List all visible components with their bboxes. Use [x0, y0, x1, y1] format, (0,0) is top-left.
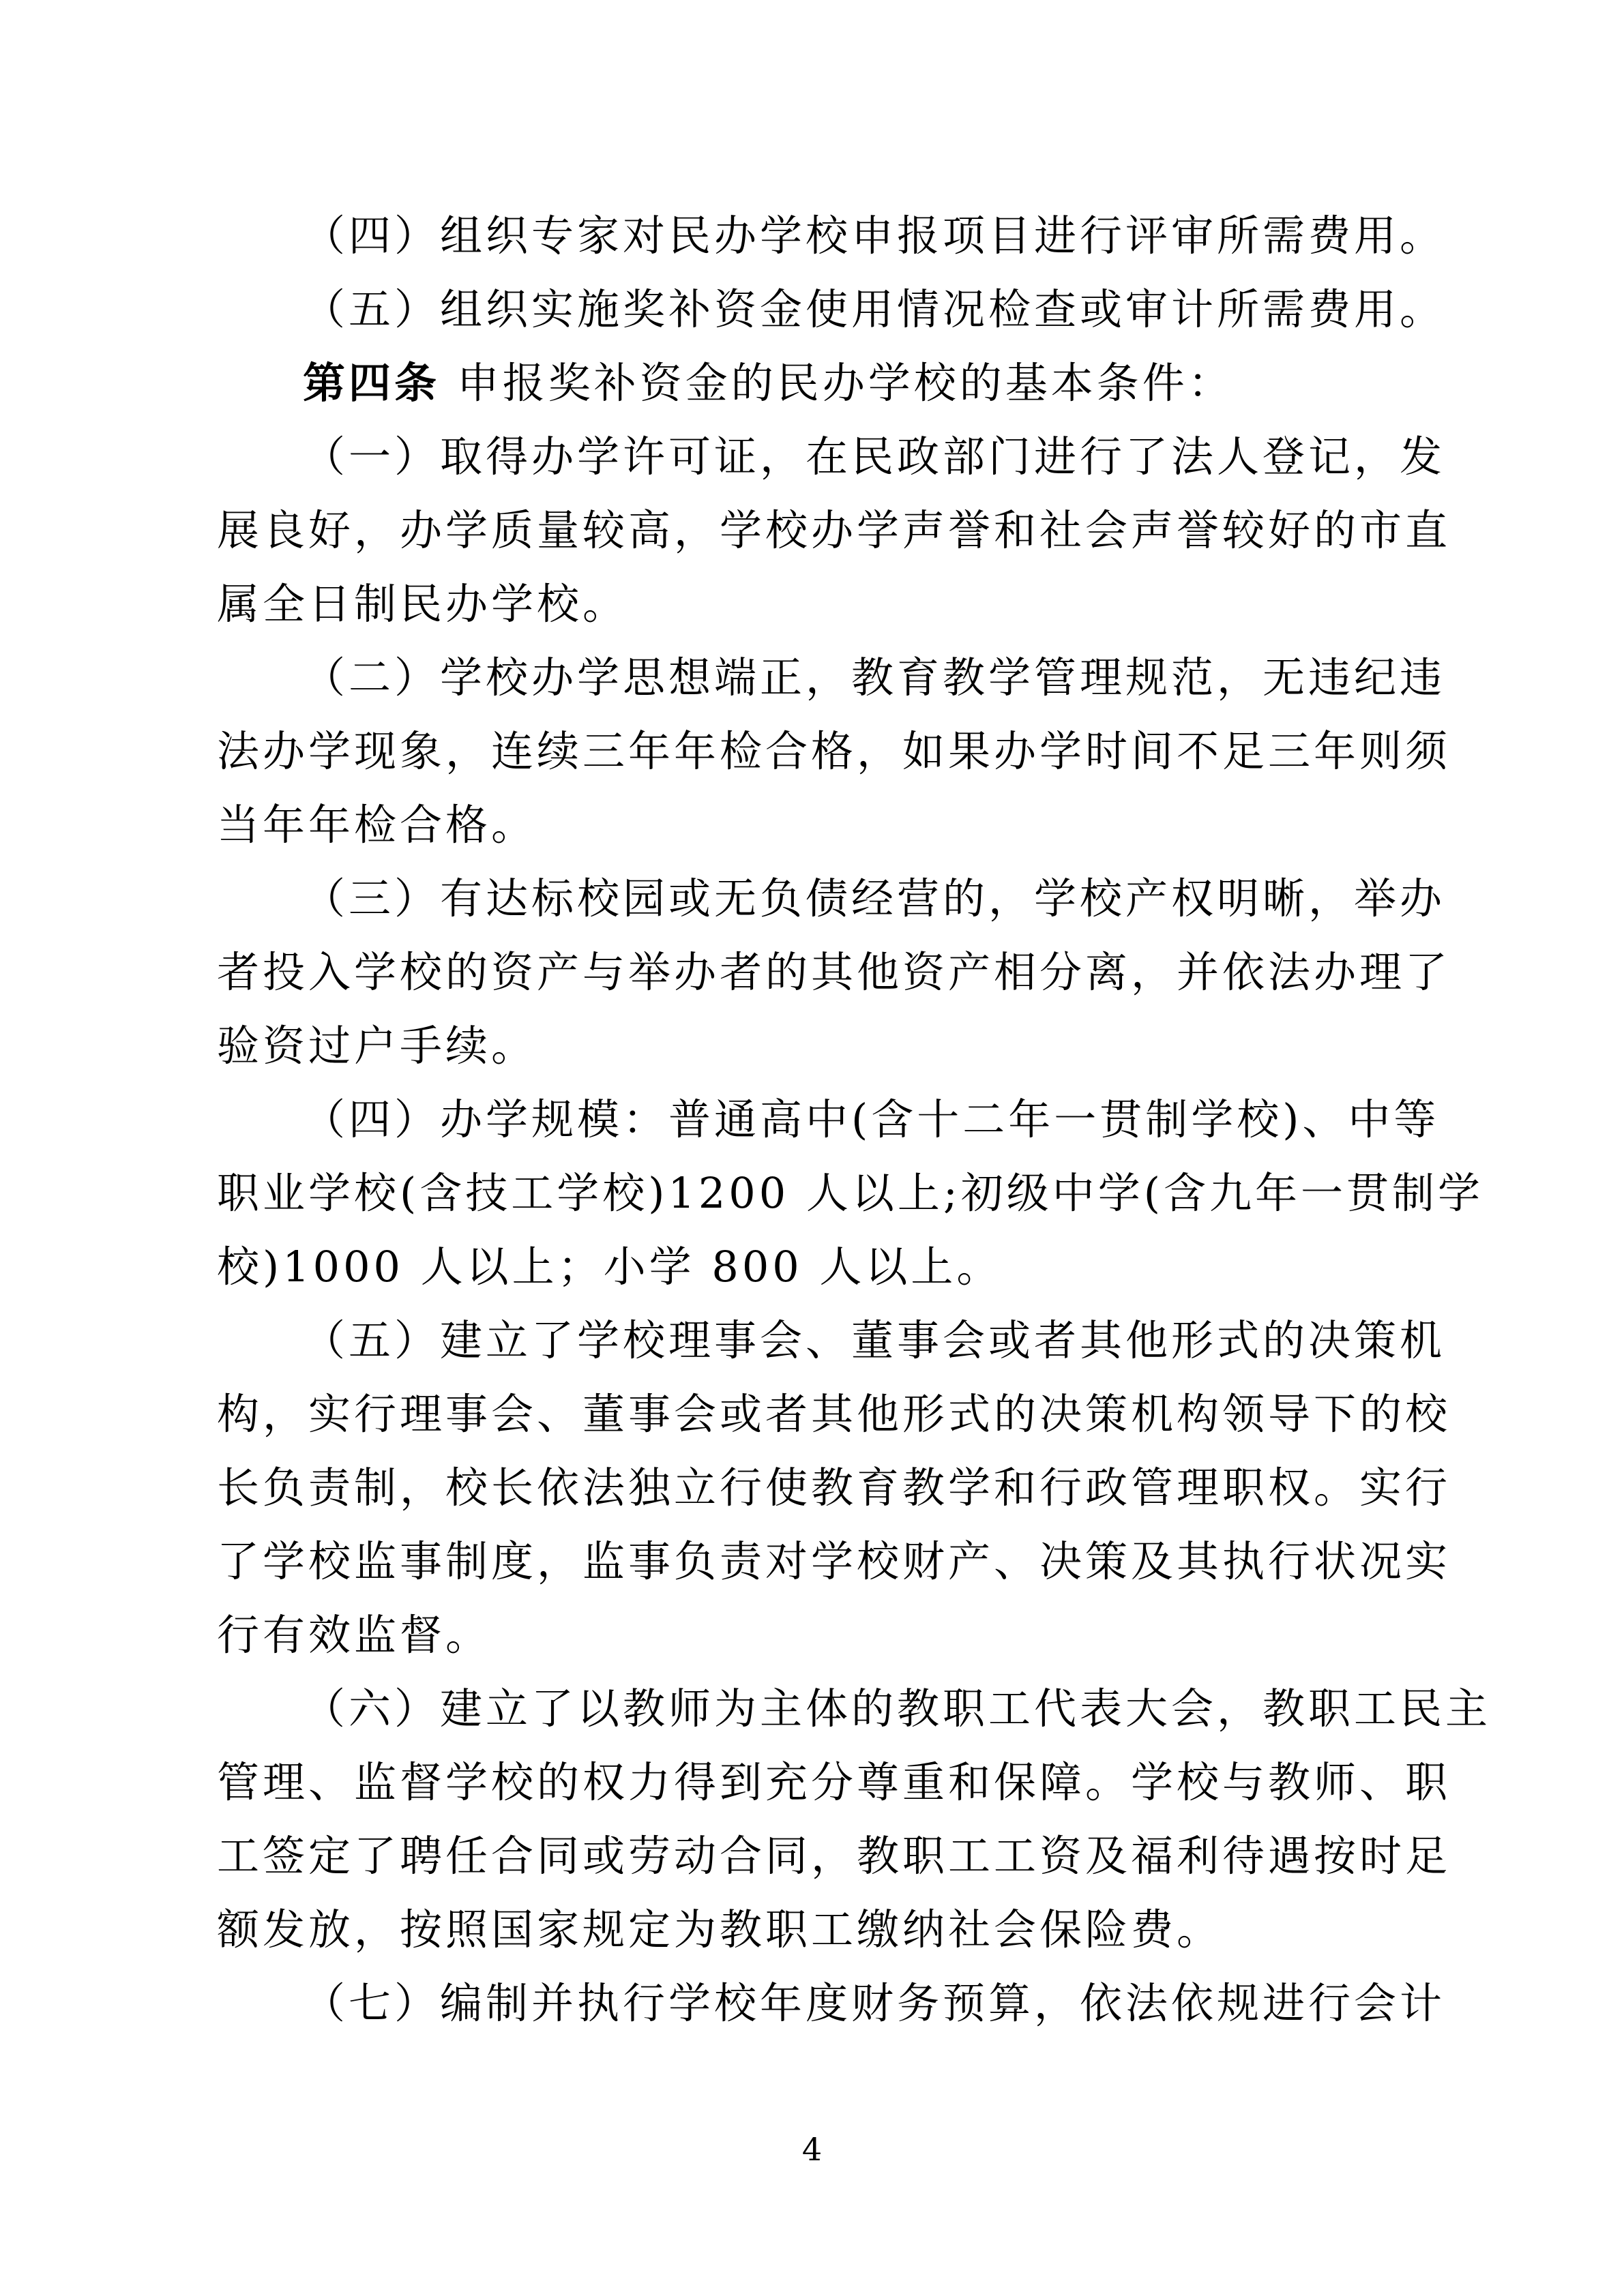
body-text: 者投入学校的资产与举办者的其他资产相分离，并依法办理了 — [217, 947, 1451, 997]
text-line: （五）建立了学校理事会、董事会或者其他形式的决策机 — [217, 1304, 1400, 1377]
body-text: 额发放，按照国家规定为教职工缴纳社会保险费。 — [217, 1905, 1222, 1954]
body-text: （五）建立了学校理事会、董事会或者其他形式的决策机 — [303, 1315, 1445, 1365]
text-line: 第四条 申报奖补资金的民办学校的基本条件： — [217, 346, 1400, 420]
body-text: （六）建立了以教师为主体的教职工代表大会，教职工民主 — [303, 1684, 1491, 1733]
body-text: （二）学校办学思想端正，教育教学管理规范，无违纪违 — [303, 653, 1445, 702]
text-line: 职业学校(含技工学校)1200 人以上;初级中学(含九年一贯制学 — [217, 1157, 1400, 1230]
body-text: （七）编制并执行学校年度财务预算，依法依规进行会计 — [303, 1978, 1445, 2028]
body-text: 法办学现象，连续三年年检合格，如果办学时间不足三年则须 — [217, 726, 1451, 776]
text-line: （二）学校办学思想端正，教育教学管理规范，无违纪违 — [217, 641, 1400, 715]
text-line: 者投入学校的资产与举办者的其他资产相分离，并依法办理了 — [217, 936, 1400, 1009]
text-line: （一）取得办学许可证，在民政部门进行了法人登记，发 — [217, 420, 1400, 494]
text-line: （四）办学规模：普通高中(含十二年一贯制学校)、中等 — [217, 1083, 1400, 1157]
text-line: （五）组织实施奖补资金使用情况检查或审计所需费用。 — [217, 273, 1400, 346]
body-text: 校)1000 人以上；小学 800 人以上。 — [217, 1242, 1002, 1292]
text-line: 额发放，按照国家规定为教职工缴纳社会保险费。 — [217, 1893, 1400, 1967]
text-line: 当年年检合格。 — [217, 788, 1400, 862]
text-line: （四）组织专家对民办学校申报项目进行评审所需费用。 — [217, 199, 1400, 273]
body-text: 构，实行理事会、董事会或者其他形式的决策机构领导下的校 — [217, 1389, 1451, 1439]
text-line: 构，实行理事会、董事会或者其他形式的决策机构领导下的校 — [217, 1377, 1400, 1451]
text-line: （六）建立了以教师为主体的教职工代表大会，教职工民主 — [217, 1672, 1400, 1746]
text-line: 校)1000 人以上；小学 800 人以上。 — [217, 1230, 1400, 1304]
text-line: 属全日制民办学校。 — [217, 567, 1400, 641]
text-line: （三）有达标校园或无负债经营的，学校产权明晰，举办 — [217, 862, 1400, 936]
body-text: （五）组织实施奖补资金使用情况检查或审计所需费用。 — [303, 284, 1445, 334]
text-line: 管理、监督学校的权力得到充分尊重和保障。学校与教师、职 — [217, 1746, 1400, 1819]
body-text: 申报奖补资金的民办学校的基本条件： — [440, 358, 1234, 408]
text-line: 工签定了聘任合同或劳动合同，教职工工资及福利待遇按时足 — [217, 1819, 1400, 1893]
body-text: （四）组织专家对民办学校申报项目进行评审所需费用。 — [303, 211, 1445, 260]
article-heading-text: 第四条 — [303, 358, 440, 408]
body-text: 属全日制民办学校。 — [217, 579, 628, 629]
body-text: 展良好，办学质量较高，学校办学声誉和社会声誉较好的市直 — [217, 505, 1451, 555]
text-line: 法办学现象，连续三年年检合格，如果办学时间不足三年则须 — [217, 715, 1400, 788]
text-line: 展良好，办学质量较高，学校办学声誉和社会声誉较好的市直 — [217, 494, 1400, 567]
text-line: （七）编制并执行学校年度财务预算，依法依规进行会计 — [217, 1967, 1400, 2040]
body-text: 管理、监督学校的权力得到充分尊重和保障。学校与教师、职 — [217, 1757, 1451, 1807]
text-line: 验资过户手续。 — [217, 1009, 1400, 1083]
text-line: 长负责制，校长依法独立行使教育教学和行政管理职权。实行 — [217, 1451, 1400, 1525]
text-line: 了学校监事制度，监事负责对学校财产、决策及其执行状况实 — [217, 1525, 1400, 1598]
body-text: （三）有达标校园或无负债经营的，学校产权明晰，举办 — [303, 874, 1445, 923]
body-text: 行有效监督。 — [217, 1610, 491, 1660]
body-text: 了学校监事制度，监事负责对学校财产、决策及其执行状况实 — [217, 1536, 1451, 1586]
body-text: （一）取得办学许可证，在民政部门进行了法人登记，发 — [303, 432, 1445, 481]
page-number: 4 — [0, 2129, 1624, 2170]
document-body: （四）组织专家对民办学校申报项目进行评审所需费用。（五）组织实施奖补资金使用情况… — [217, 199, 1400, 2040]
body-text: 工签定了聘任合同或劳动合同，教职工工资及福利待遇按时足 — [217, 1831, 1451, 1881]
body-text: 当年年检合格。 — [217, 800, 537, 850]
document-page: （四）组织专家对民办学校申报项目进行评审所需费用。（五）组织实施奖补资金使用情况… — [0, 0, 1624, 2296]
body-text: 验资过户手续。 — [217, 1021, 537, 1071]
body-text: 长负责制，校长依法独立行使教育教学和行政管理职权。实行 — [217, 1463, 1451, 1512]
text-line: 行有效监督。 — [217, 1598, 1400, 1672]
body-text: 职业学校(含技工学校)1200 人以上;初级中学(含九年一贯制学 — [217, 1168, 1483, 1218]
body-text: （四）办学规模：普通高中(含十二年一贯制学校)、中等 — [303, 1094, 1439, 1144]
